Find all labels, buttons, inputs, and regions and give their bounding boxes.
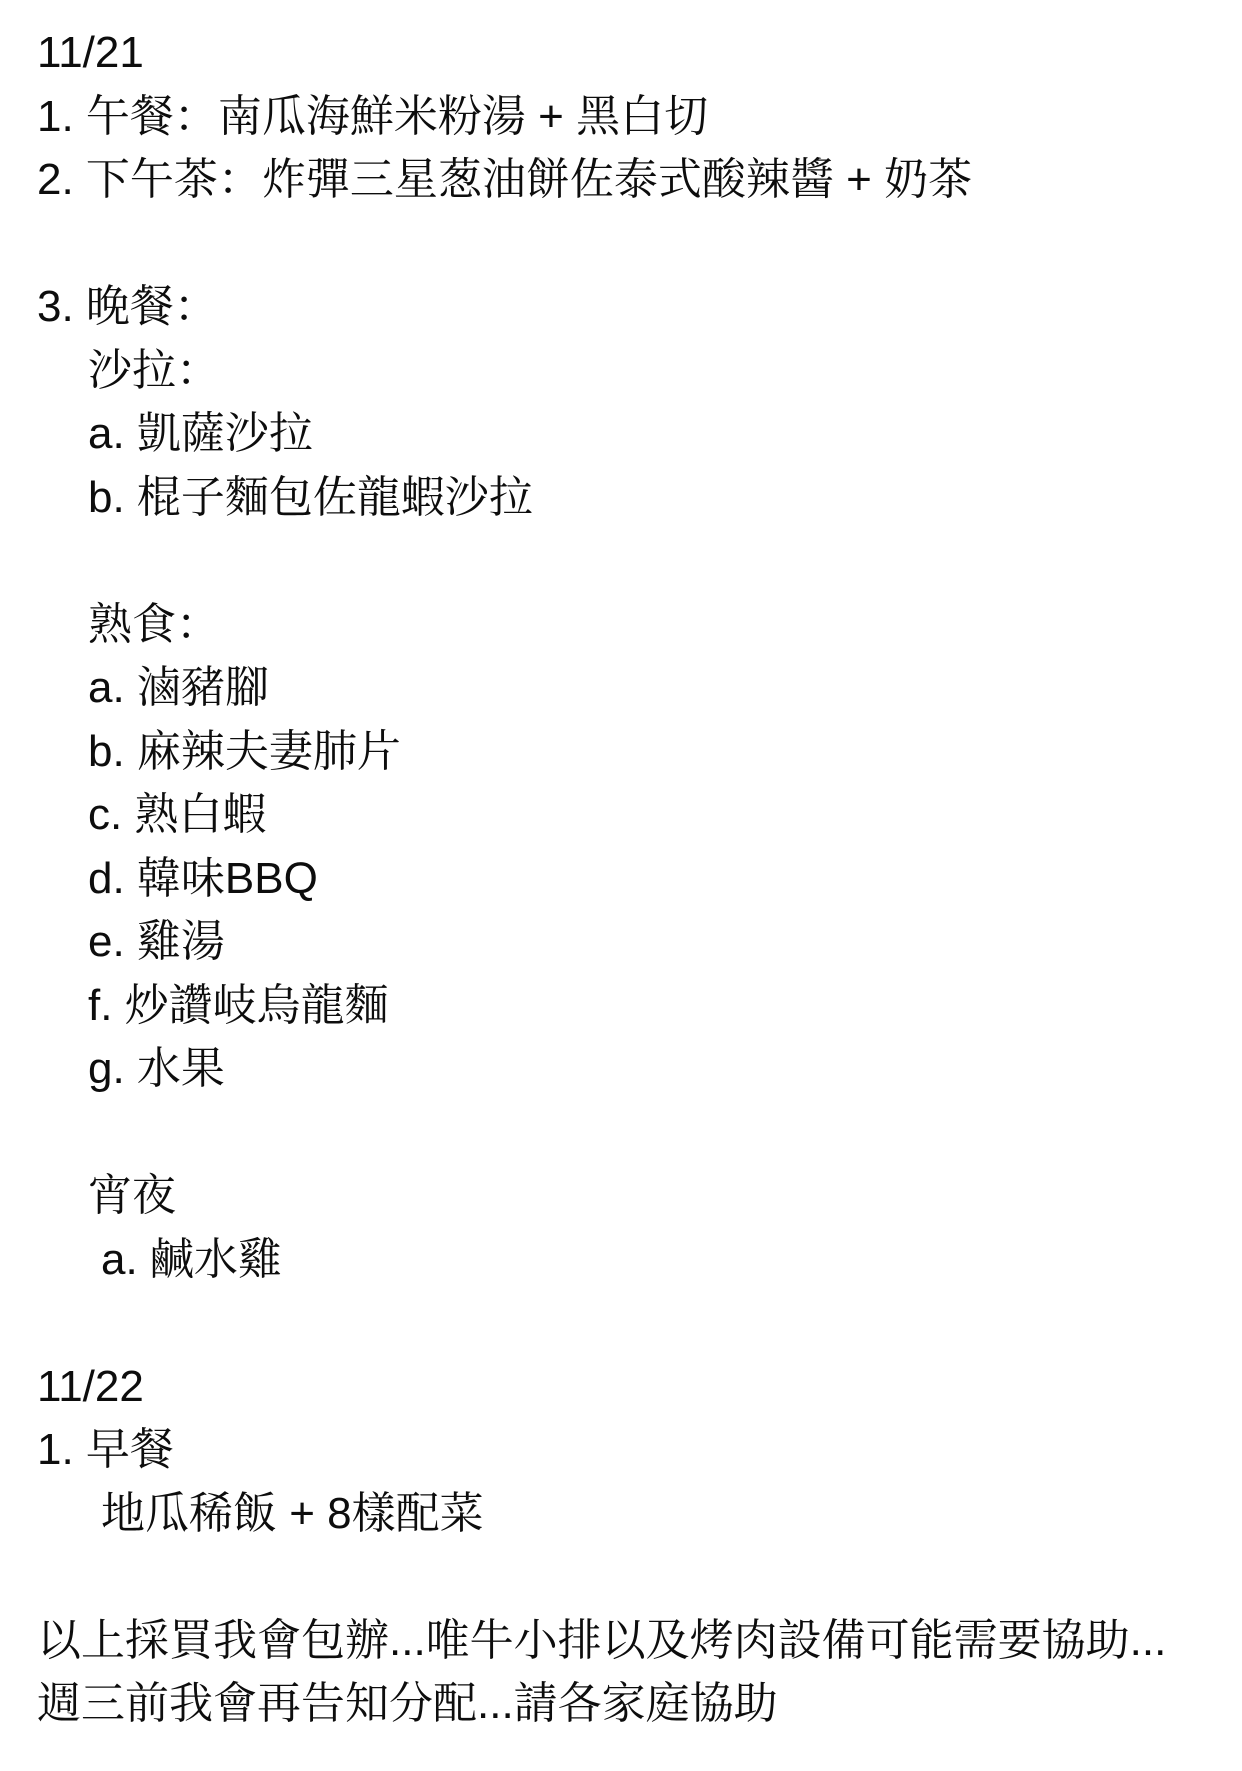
text-line: 以上採買我會包辦...唯牛小排以及烤肉設備可能需要協助... (37, 1609, 1222, 1673)
text-line: 熟食： (37, 593, 1222, 657)
blank-line (37, 212, 1222, 276)
note-lines: 11/211. 午餐：南瓜海鮮米粉湯 + 黑白切2. 下午茶：炸彈三星葱油餅佐泰… (37, 21, 1222, 1736)
text-line: 地瓜稀飯 + 8樣配菜 (37, 1482, 1222, 1546)
text-line: a. 凱薩沙拉 (37, 402, 1222, 466)
blank-line (37, 529, 1222, 593)
text-line: a. 鹹水雞 (37, 1228, 1222, 1292)
text-line: b. 麻辣夫妻肺片 (37, 720, 1222, 784)
text-line: d. 韓味BBQ (37, 847, 1222, 911)
note-document: 11/211. 午餐：南瓜海鮮米粉湯 + 黑白切2. 下午茶：炸彈三星葱油餅佐泰… (0, 0, 1242, 1771)
blank-line (37, 1291, 1222, 1355)
blank-line (37, 1101, 1222, 1165)
text-line: g. 水果 (37, 1037, 1222, 1101)
text-line: 11/22 (37, 1355, 1222, 1419)
text-line: 2. 下午茶：炸彈三星葱油餅佐泰式酸辣醬 + 奶茶 (37, 148, 1222, 212)
text-line: 11/21 (37, 21, 1222, 85)
text-line: 宵夜 (37, 1164, 1222, 1228)
text-line: f. 炒讚岐烏龍麵 (37, 974, 1222, 1038)
text-line: 週三前我會再告知分配...請各家庭協助 (37, 1672, 1222, 1736)
text-line: c. 熟白蝦 (37, 783, 1222, 847)
text-line: b. 棍子麵包佐龍蝦沙拉 (37, 466, 1222, 530)
text-line: 1. 午餐：南瓜海鮮米粉湯 + 黑白切 (37, 85, 1222, 149)
text-line: e. 雞湯 (37, 910, 1222, 974)
text-line: 3. 晚餐： (37, 275, 1222, 339)
text-line: a. 滷豬腳 (37, 656, 1222, 720)
text-line: 沙拉： (37, 339, 1222, 403)
text-line: 1. 早餐 (37, 1418, 1222, 1482)
blank-line (37, 1545, 1222, 1609)
